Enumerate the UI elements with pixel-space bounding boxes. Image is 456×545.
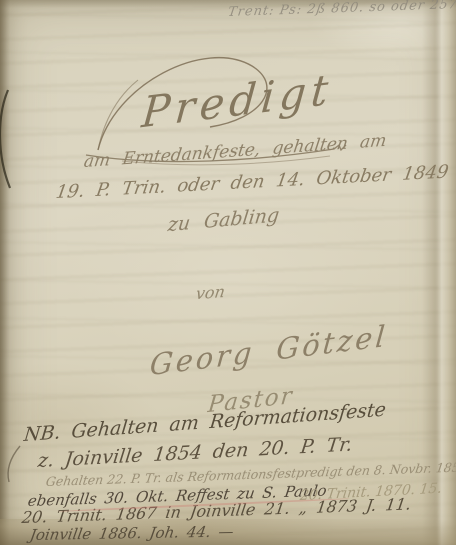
book-spine-edge <box>0 0 10 545</box>
connector-word: von <box>195 282 227 303</box>
manuscript-page: Trent: Ps: 2ß 860. so oder 257. Predigt … <box>0 0 456 545</box>
annotation-line: Joinville 1886. Joh. 44. — <box>29 522 235 544</box>
